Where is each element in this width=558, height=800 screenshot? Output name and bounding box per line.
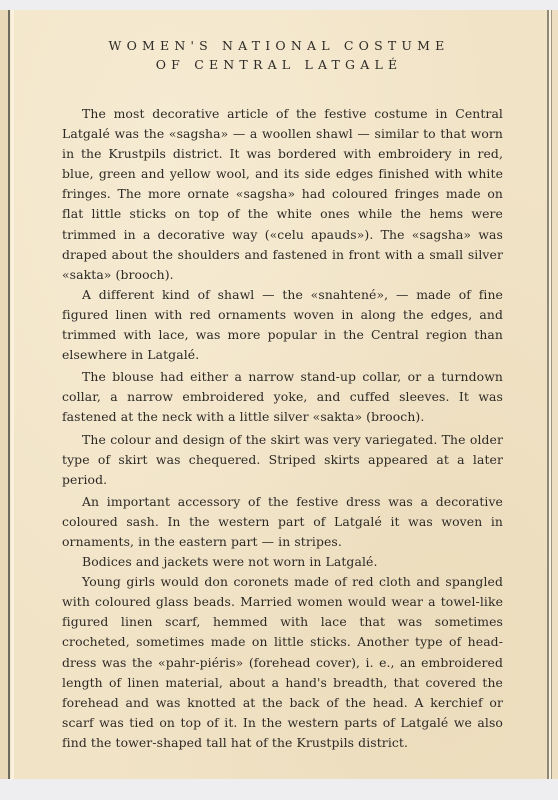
title-line-1: WOMEN'S NATIONAL COSTUME (0, 36, 558, 55)
paragraph-skirt: The colour and design of the skirt was v… (62, 430, 503, 490)
document-body: The most decorative article of the festi… (62, 104, 503, 753)
paragraph-sash: An important accessory of the festive dr… (62, 492, 503, 552)
paragraph-bodices: Bodices and jackets were not worn in Lat… (62, 552, 503, 572)
paragraph-sagsha: The most decorative article of the festi… (62, 104, 503, 285)
left-fold-line (8, 10, 10, 779)
paragraph-head-dress: Young girls would don coronets made of r… (62, 572, 503, 753)
title-line-2: OF CENTRAL LATGALÉ (0, 55, 558, 74)
left-page-edge (0, 10, 8, 779)
left-fold-highlight (11, 10, 14, 779)
right-page-edge (552, 10, 558, 779)
document-title: WOMEN'S NATIONAL COSTUME OF CENTRAL LATG… (0, 36, 558, 74)
paragraph-snahtene: A different kind of shawl — the «snahten… (62, 285, 503, 365)
paragraph-blouse: The blouse had either a narrow stand-up … (62, 367, 503, 427)
